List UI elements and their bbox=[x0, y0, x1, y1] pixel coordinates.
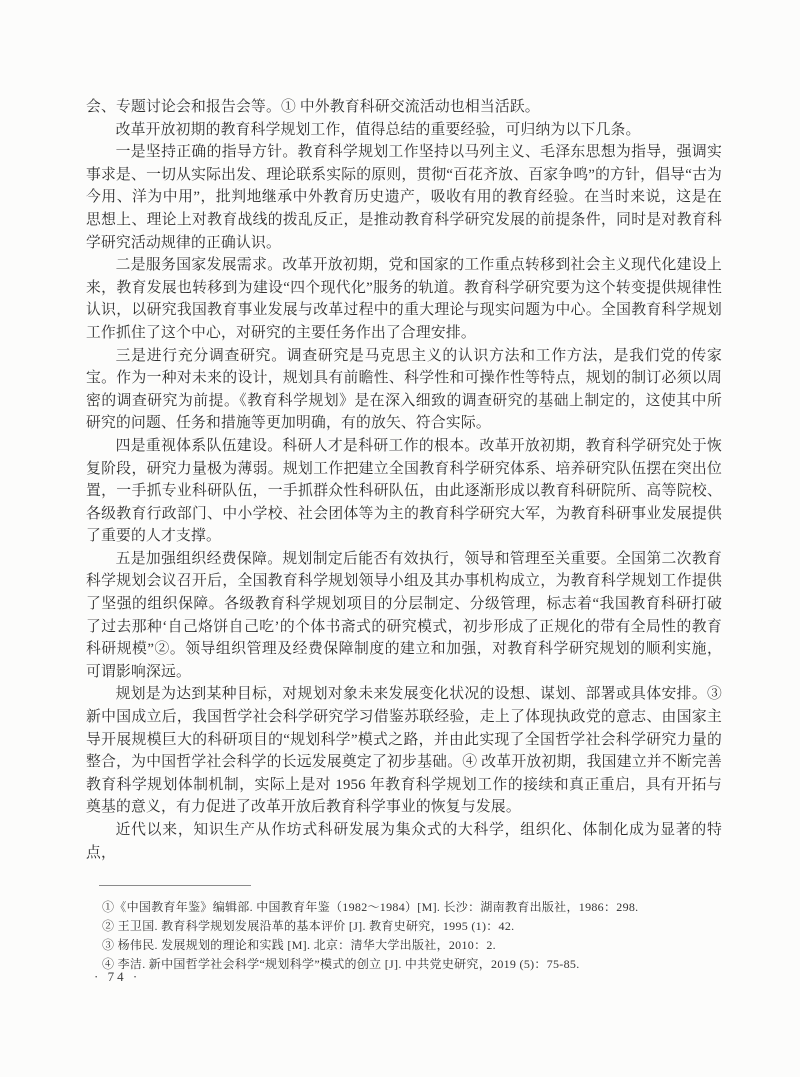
footnote-1: ①《中国教育年鉴》编辑部. 中国教育年鉴（1982～1984）[M]. 长沙：湖… bbox=[102, 898, 724, 917]
footnote-3: ③ 杨伟民. 发展规划的理论和实践 [M]. 北京：清华大学出版社，2010：2… bbox=[102, 936, 724, 955]
footnote-4: ④ 李洁. 新中国哲学社会科学“规划科学”模式的创立 [J]. 中共党史研究，2… bbox=[102, 955, 724, 974]
paragraph-modern-science: 近代以来，知识生产从作坊式科研发展为集众式的大科学，组织化、体制化成为显著的特点… bbox=[86, 819, 722, 864]
paragraph-point-two: 二是服务国家发展需求。改革开放初期，党和国家的工作重点转移到社会主义现代化建设上… bbox=[86, 254, 722, 344]
paragraph: 改革开放初期的教育科学规划工作，值得总结的重要经验，可归纳为以下几条。 bbox=[86, 119, 722, 142]
paragraph-point-four: 四是重视体系队伍建设。科研人才是科研工作的根本。改革开放初期，教育科学研究处于恢… bbox=[86, 435, 722, 548]
footnote-divider bbox=[99, 885, 251, 886]
page-number: · 74 · bbox=[94, 969, 140, 985]
paragraph-point-three: 三是进行充分调查研究。调查研究是马克思主义的认识方法和工作方法，是我们党的传家宝… bbox=[86, 345, 722, 435]
paragraph-point-one: 一是坚持正确的指导方针。教育科学规划工作坚持以马列主义、毛泽东思想为指导，强调实… bbox=[86, 141, 722, 254]
footnotes-section: ①《中国教育年鉴》编辑部. 中国教育年鉴（1982～1984）[M]. 长沙：湖… bbox=[102, 898, 724, 974]
body-text: 会、专题讨论会和报告会等。① 中外教育科研交流活动也相当活跃。 改革开放初期的教… bbox=[86, 96, 722, 864]
footnote-2: ② 王卫国. 教育科学规划发展沿革的基本评价 [J]. 教育史研究，1995 (… bbox=[102, 917, 724, 936]
document-page: 会、专题讨论会和报告会等。① 中外教育科研交流活动也相当活跃。 改革开放初期的教… bbox=[0, 0, 800, 1077]
paragraph-planning-definition: 规划是为达到某种目标，对规划对象未来发展变化状况的设想、谋划、部署或具体安排。③… bbox=[86, 683, 722, 819]
paragraph-point-five: 五是加强组织经费保障。规划制定后能否有效执行，领导和管理至关重要。全国第二次教育… bbox=[86, 548, 722, 684]
paragraph-continuation: 会、专题讨论会和报告会等。① 中外教育科研交流活动也相当活跃。 bbox=[86, 96, 722, 119]
